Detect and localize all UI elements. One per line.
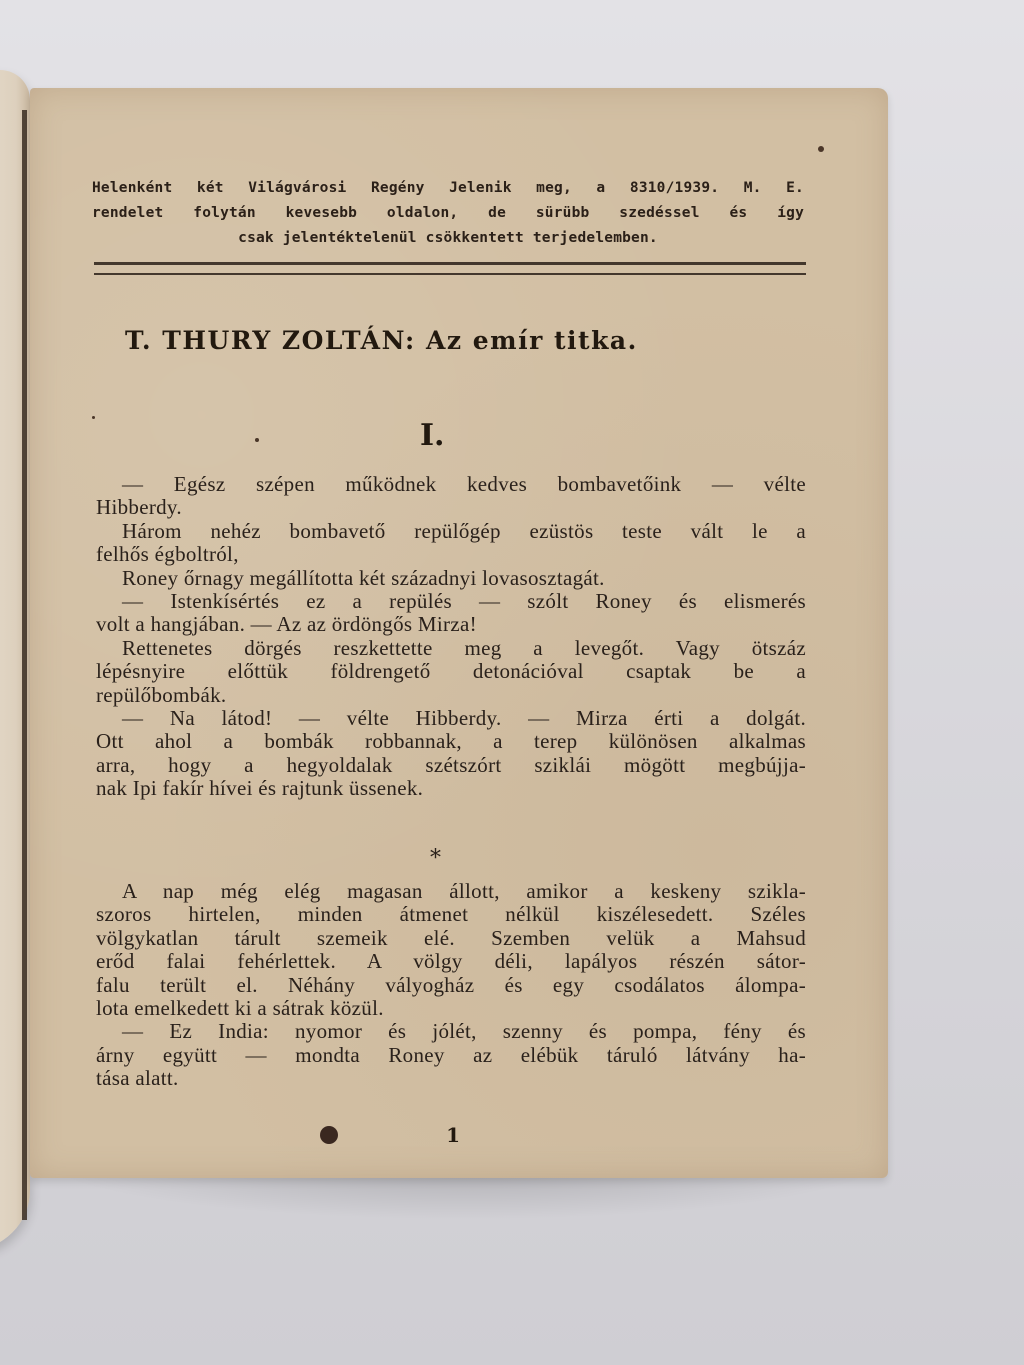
text-line: A nap még elég magasan állott, amikor a … [96,880,806,903]
paper-speck [818,146,824,152]
book-spine [22,110,27,1220]
text-line: lota emelkedett ki a sátrak közül. [96,997,806,1020]
text-line: repülőbombák. [96,684,806,707]
text-line: Rettenetes dörgés reszkettette meg a lev… [96,637,806,660]
text-line: Roney őrnagy megállította két századnyi … [96,567,806,590]
text-line: Három nehéz bombavető repülőgép ezüstös … [96,520,806,543]
notice-line: rendelet folytán kevesebb oldalon, de sü… [92,201,804,226]
notice-line: csak jelentéktelenül csökkentett terjede… [92,226,804,251]
text-line: — Ez India: nyomor és jólét, szenny és p… [96,1020,806,1043]
page-number: 1 [446,1123,460,1147]
text-line: volt a hangjában. — Az az ördöngős Mirza… [96,613,806,636]
text-line: szoros hirtelen, minden átmenet nélkül k… [96,903,806,926]
section-2-text: A nap még elég magasan állott, amikor a … [96,880,806,1091]
chapter-number: I. [420,418,444,453]
page-footer: 1 [320,1123,460,1147]
text-line: lépésnyire előttük földrengető detonáció… [96,660,806,683]
text-line: árny együtt — mondta Roney az elébük tár… [96,1044,806,1067]
page-title: T. THURY ZOLTÁN: Az emír titka. [125,326,805,355]
paper-speck [92,416,95,419]
double-rule-divider [94,262,806,275]
book-page: Helenként két Világvárosi Regény Jelenik… [30,88,888,1178]
text-line: falu terült el. Néhány vályogház és egy … [96,974,806,997]
text-line: arra, hogy a hegyoldalak szétszórt szikl… [96,754,806,777]
text-line: — Istenkísértés ez a repülés — szólt Ron… [96,590,806,613]
text-line: felhős égboltról, [96,543,806,566]
text-line: völgykatlan tárult szemeik elé. Szemben … [96,927,806,950]
text-line: Ott ahol a bombák robbannak, a terep kül… [96,730,806,753]
text-line: Hibberdy. [96,496,806,519]
paper-speck [255,438,259,442]
text-line: — Egész szépen működnek kedves bombavető… [96,473,806,496]
text-line: tása alatt. [96,1067,806,1090]
notice-line: Helenként két Világvárosi Regény Jelenik… [92,176,804,201]
publisher-notice: Helenként két Világvárosi Regény Jelenik… [92,176,804,251]
ink-blot [320,1126,338,1144]
section-separator-asterisk: * [430,846,441,871]
text-line: — Na látod! — vélte Hibberdy. — Mirza ér… [96,707,806,730]
text-line: nak Ipi fakír hívei és rajtunk üssenek. [96,777,806,800]
text-line: erőd falai fehérlettek. A völgy déli, la… [96,950,806,973]
section-1-text: — Egész szépen működnek kedves bombavető… [96,473,806,801]
